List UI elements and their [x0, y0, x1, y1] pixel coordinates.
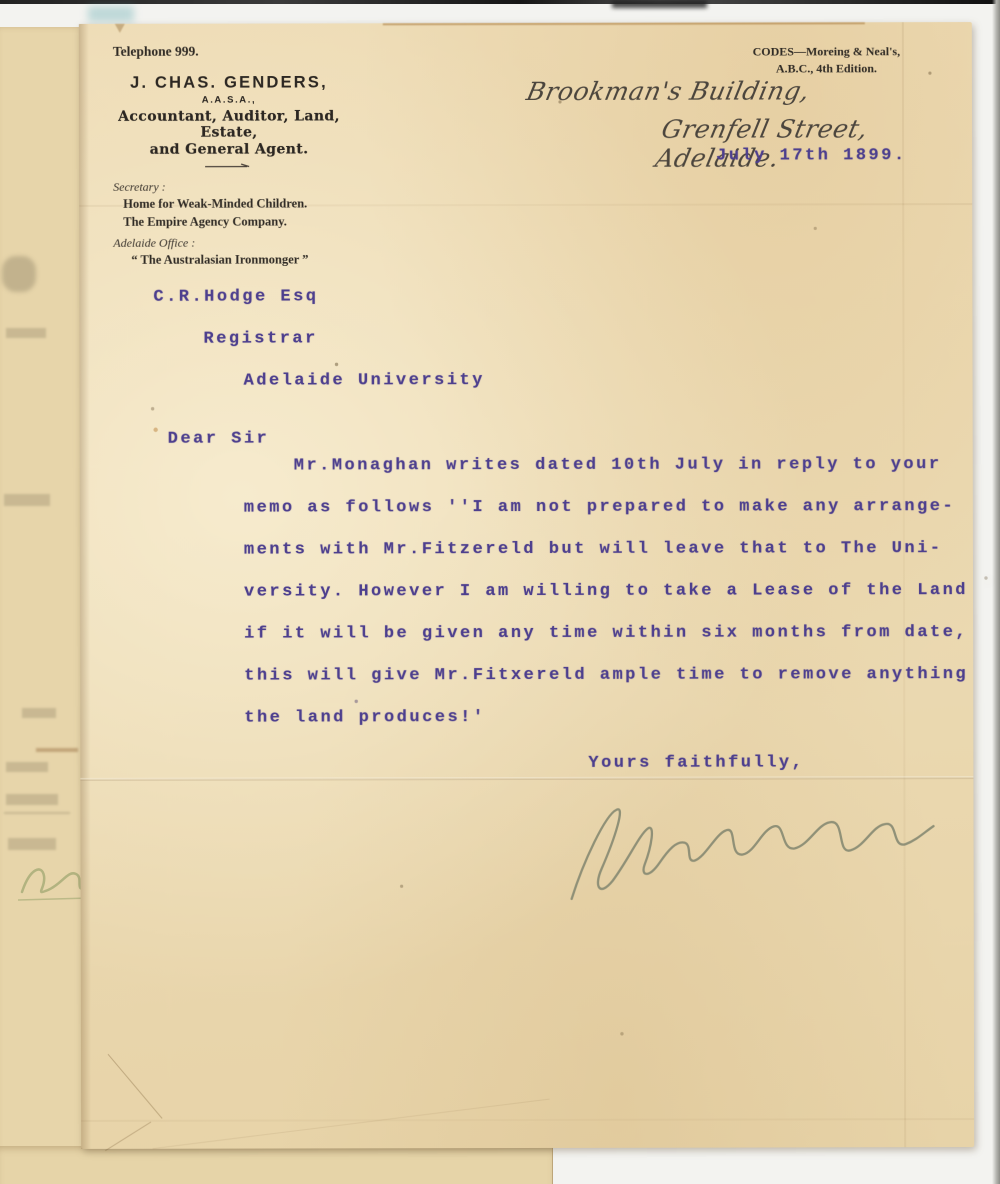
letterhead-profession-line2: and General Agent.: [109, 141, 349, 158]
scanner-top-edge: [0, 0, 1000, 4]
bleedthrough-mark: [6, 762, 48, 772]
letterhead-credentials: A.A.S.A.,: [109, 94, 349, 106]
letterhead-secretary-line2: The Empire Agency Company.: [123, 214, 349, 229]
recipient-organisation: Adelaide University: [244, 371, 485, 391]
letterhead-secretary-label: Secretary :: [113, 179, 349, 194]
letterhead-codes-block: CODES—Moreing & Neal's, A.B.C., 4th Edit…: [729, 44, 924, 76]
letterhead-office-name: “ The Australasian Ironmonger ”: [131, 252, 349, 267]
dust-specks: [79, 24, 81, 26]
bleedthrough-rule: [4, 812, 70, 814]
signature-script: [553, 798, 948, 917]
bleedthrough-mark: [8, 838, 56, 850]
letterhead-profession-line1: Accountant, Auditor, Land, Estate,: [109, 108, 349, 141]
closing: Yours faithfully,: [588, 753, 804, 772]
letterhead-office-label: Adelaide Office :: [113, 235, 349, 250]
bleedthrough-mark: [4, 494, 50, 506]
codes-line1: CODES—Moreing & Neal's,: [729, 44, 924, 59]
corner-crease: [108, 1054, 163, 1119]
recipient-name: C.R.Hodge Esq: [153, 287, 318, 306]
horizontal-crease: [81, 1118, 974, 1122]
scanner-smudge: [612, 0, 707, 8]
salutation: Dear Sir: [168, 430, 270, 449]
bleedthrough-mark: [22, 708, 56, 718]
letterhead-left-block: J. CHAS. GENDERS, A.A.S.A., Accountant, …: [109, 73, 349, 268]
under-sheet-bottom-panel: [0, 1146, 553, 1184]
bleedthrough-mark: [2, 256, 36, 292]
paper-top-edge: [382, 22, 864, 25]
fold-mark: [36, 748, 78, 752]
letterhead-secretary-line1: Home for Weak-Minded Children.: [123, 196, 349, 211]
letterhead-address-line1: Brookman's Building,: [524, 76, 813, 106]
body-line: if it will be given any time within six …: [244, 623, 968, 644]
paper-top-notch: [115, 24, 125, 33]
body-line: Mr.Monaghan writes dated 10th July in re…: [294, 455, 942, 475]
bleedthrough-mark: [6, 328, 46, 338]
scanner-color-smudge: [88, 6, 134, 22]
body-line: this will give Mr.Fitxereld ample time t…: [244, 665, 968, 686]
under-sheet-left-panel: [0, 27, 90, 1184]
scanner-right-shadow: [992, 0, 1000, 1184]
letter-date: July 17th 1899.: [716, 146, 907, 165]
fold-shadow-left: [79, 24, 91, 1149]
letterhead-telephone: Telephone 999.: [113, 44, 199, 60]
horizontal-crease: [80, 776, 973, 781]
body-line: memo as follows ''I am not prepared to m…: [244, 497, 955, 517]
corner-crease: [105, 1122, 151, 1152]
scanned-letter-page: Telephone 999. J. CHAS. GENDERS, A.A.S.A…: [0, 0, 1000, 1184]
bleedthrough-mark: [6, 794, 58, 805]
body-line: the land produces!': [244, 708, 485, 728]
letter-sheet: Telephone 999. J. CHAS. GENDERS, A.A.S.A…: [79, 22, 974, 1149]
recipient-title: Registrar: [203, 329, 317, 348]
diagonal-crease: [153, 1099, 550, 1150]
arrow-flourish-icon: [203, 163, 255, 171]
codes-line2: A.B.C., 4th Edition.: [729, 61, 924, 76]
body-line: ments with Mr.Fitzereld but will leave t…: [244, 539, 943, 559]
letterhead-name: J. CHAS. GENDERS,: [109, 73, 349, 93]
body-line: versity. However I am willing to take a …: [244, 581, 968, 602]
